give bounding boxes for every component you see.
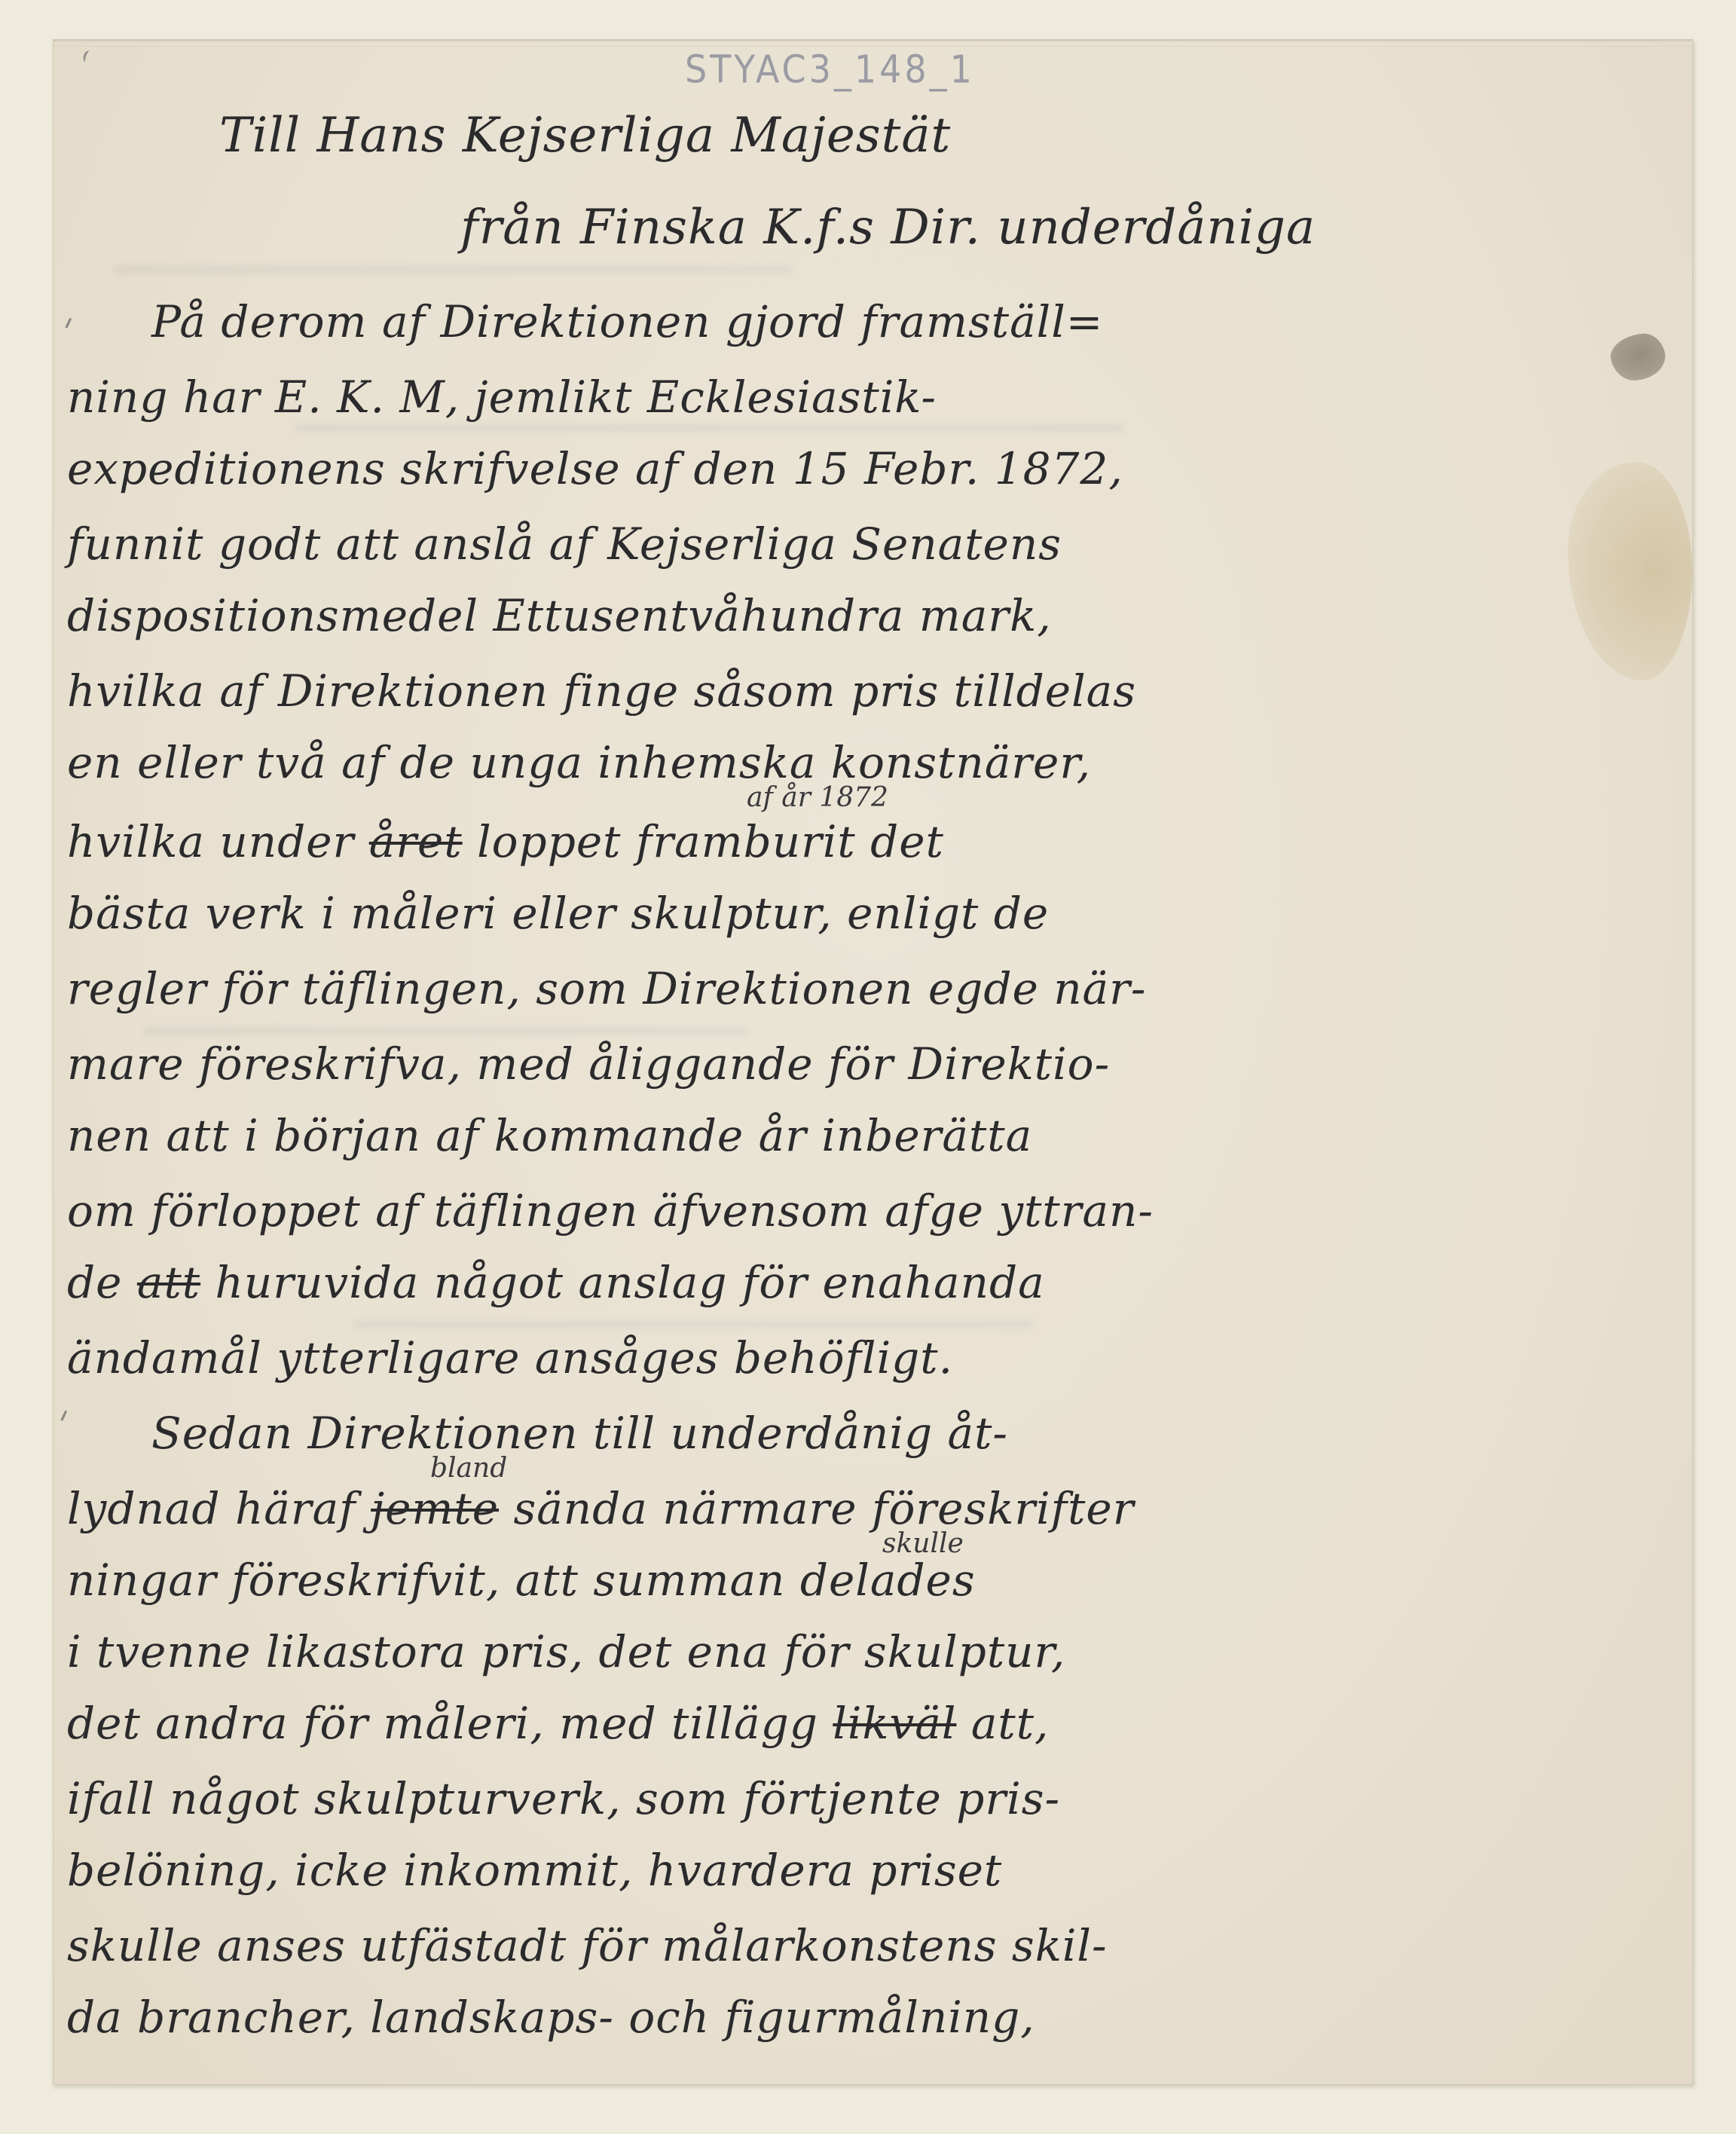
paper-top-fold [53, 40, 1692, 47]
body-line: ändamål ytterligare ansåges behöfligt. [67, 1332, 953, 1383]
body-line: hvilka under året loppet framburit det [67, 816, 944, 867]
body-line: de att huruvida något anslag för enahand… [67, 1257, 1045, 1308]
interlinear-insertion: af år 1872 [747, 782, 888, 813]
struck-word: att [137, 1257, 200, 1308]
body-line: nen att i början af kommande år inberätt… [67, 1110, 1032, 1161]
line-text-before: lydnad häraf [67, 1483, 371, 1534]
line-text-before: de [67, 1257, 137, 1308]
body-line: hvilka af Direktionen finge såsom pris t… [67, 665, 1136, 717]
line-text-after: sända närmare föreskrifter [499, 1483, 1134, 1534]
line-text-after: att, [956, 1698, 1049, 1749]
body-line: regler för täflingen, som Direktionen eg… [67, 963, 1146, 1014]
body-line: ningar föreskrifvit, att summan delades [67, 1555, 976, 1606]
body-line: om förloppet af täflingen äfvensom afge … [67, 1185, 1154, 1237]
line-text-after: loppet framburit det [463, 816, 944, 867]
margin-mark [65, 318, 75, 330]
line-text-after: huruvida något anslag för enahanda [200, 1257, 1045, 1308]
body-line: Sedan Direktionen till underdånig åt- [151, 1408, 1008, 1459]
line-text-before: det andra för måleri, med tillägg [67, 1698, 833, 1749]
body-line: På derom af Direktionen gjord framställ= [151, 296, 1103, 347]
struck-word: likväl [833, 1698, 956, 1749]
body-line: ning har E. K. M, jemlikt Ecklesiastik- [67, 371, 937, 423]
corner-pencil-mark [82, 50, 94, 64]
body-line: expeditionens skrifvelse af den 15 Febr.… [67, 443, 1123, 494]
bleed-through-mark [355, 1321, 1033, 1328]
margin-mark [60, 1411, 71, 1423]
body-line: i tvenne likastora pris, det ena för sku… [67, 1626, 1065, 1677]
body-line: lydnad häraf jemte sända närmare föreskr… [67, 1483, 1134, 1534]
body-line: bästa verk i måleri eller skulptur, enli… [67, 888, 1049, 939]
address-line-1: Till Hans Kejserliga Majestät [219, 108, 951, 164]
bleed-through-mark [144, 1027, 747, 1035]
address-line-2: från Finska K.f.s Dir. underdåniga [460, 200, 1316, 255]
body-line: skulle anses utfästadt för målarkonstens… [67, 1920, 1108, 1971]
struck-word: jemte [371, 1483, 499, 1534]
manuscript-page: STYAC3_148_1 Till Hans Kejserliga Majest… [53, 39, 1693, 2085]
body-line: da brancher, landskaps- och figurmålning… [67, 1992, 1035, 2043]
archive-number: STYAC3_148_1 [685, 47, 975, 91]
bleed-through-mark [295, 424, 1123, 432]
ink-stain [1607, 330, 1668, 384]
body-line: belöning, icke inkommit, hvardera priset [67, 1845, 1002, 1896]
body-line: mare föreskrifva, med åliggande för Dire… [67, 1038, 1110, 1090]
body-line: ifall något skulpturverk, som förtjente … [67, 1773, 1060, 1824]
water-stain [1568, 462, 1692, 680]
line-text-before: hvilka under [67, 816, 369, 867]
interlinear-insertion: bland [430, 1453, 507, 1484]
body-line: en eller två af de unga inhemska konstnä… [67, 737, 1091, 788]
body-line: det andra för måleri, med tillägg likväl… [67, 1698, 1049, 1749]
body-line: funnit godt att anslå af Kejserliga Sena… [67, 518, 1062, 570]
body-line: dispositionsmedel Ettusentvåhundra mark, [67, 590, 1052, 641]
bleed-through-mark [114, 266, 792, 274]
struck-word: året [369, 816, 463, 867]
